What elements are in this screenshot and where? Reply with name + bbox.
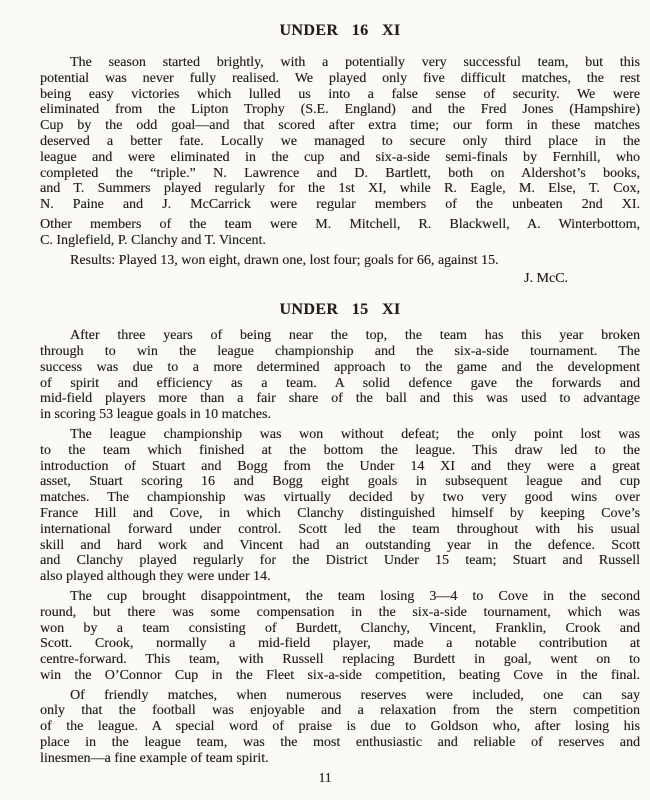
text-line: won by a team consisting of Burdett, Cla…: [40, 621, 640, 637]
scanned-page: UNDER 16 XIThe season started brightly, …: [0, 0, 650, 800]
section-heading: UNDER 16 XI: [40, 22, 640, 39]
text-line: Scott. Crook, normally a mid-field playe…: [40, 636, 640, 652]
text-line: place in the league team, was the most e…: [40, 735, 640, 751]
text-line: France Hill and Cove, in which Clanchy d…: [40, 506, 640, 522]
text-line: Cup by the odd goal—and that scored afte…: [40, 118, 640, 134]
text-line: completed the “triple.” N. Lawrence and …: [40, 166, 640, 182]
text-line: The league championship was won without …: [40, 427, 640, 443]
results-line: Results: Played 13, won eight, drawn one…: [40, 253, 640, 269]
page-number: 11: [0, 770, 650, 786]
paragraph: Of friendly matches, when numerous reser…: [40, 688, 640, 767]
text-line: eliminated from the Lipton Trophy (S.E. …: [40, 102, 640, 118]
text-line: C. Inglefield, P. Clanchy and T. Vincent…: [40, 233, 640, 249]
text-line: and T. Summers played regularly for the …: [40, 181, 640, 197]
text-line: Results: Played 13, won eight, drawn one…: [40, 253, 640, 269]
text-line: Of friendly matches, when numerous reser…: [40, 688, 640, 704]
text-line: being easy victories which lulled us int…: [40, 87, 640, 103]
paragraph: Other members of the team were M. Mitche…: [40, 217, 640, 249]
text-line: to the team which finished at the bottom…: [40, 443, 640, 459]
text-line: success was due to a more determined app…: [40, 360, 640, 376]
text-line: league and were eliminated in the cup an…: [40, 150, 640, 166]
text-line: international forward under control. Sco…: [40, 522, 640, 538]
text-line: of the league. A special word of praise …: [40, 719, 640, 735]
text-line: potential was never fully realised. We p…: [40, 71, 640, 87]
paragraph: After three years of being near the top,…: [40, 328, 640, 423]
text-line: matches. The championship was virtually …: [40, 490, 640, 506]
text-line: linesmen—a fine example of team spirit.: [40, 751, 640, 767]
paragraph: The cup brought disappointment, the team…: [40, 589, 640, 684]
author-signature: J. McC.: [40, 271, 640, 287]
text-line: N. Paine and J. McCarrick were regular m…: [40, 197, 640, 213]
text-line: round, but there was some compensation i…: [40, 605, 640, 621]
text-line: After three years of being near the top,…: [40, 328, 640, 344]
text-line: only that the football was enjoyable and…: [40, 703, 640, 719]
text-line: deserved a better fate. Locally we manag…: [40, 134, 640, 150]
text-line: of spirit and efficiency as a team. A so…: [40, 376, 640, 392]
text-line: through to win the league championship a…: [40, 344, 640, 360]
page-content: UNDER 16 XIThe season started brightly, …: [40, 22, 640, 767]
text-line: asset, Stuart scoring 16 and Bogg eight …: [40, 474, 640, 490]
text-line: Other members of the team were M. Mitche…: [40, 217, 640, 233]
text-line: introduction of Stuart and Bogg from the…: [40, 459, 640, 475]
text-line: also played although they were under 14.: [40, 569, 640, 585]
text-line: skill and hard work and Vincent had an o…: [40, 538, 640, 554]
text-line: centre-forward. This team, with Russell …: [40, 652, 640, 668]
text-line: and Clanchy played regularly for the Dis…: [40, 553, 640, 569]
text-line: The season started brightly, with a pote…: [40, 55, 640, 71]
text-line: in scoring 53 league goals in 10 matches…: [40, 407, 640, 423]
section-heading: UNDER 15 XI: [40, 301, 640, 318]
text-line: mid-field players more than a fair share…: [40, 391, 640, 407]
text-line: win the O’Connor Cup in the Fleet six-a-…: [40, 668, 640, 684]
paragraph: The season started brightly, with a pote…: [40, 55, 640, 213]
paragraph: The league championship was won without …: [40, 427, 640, 585]
text-line: The cup brought disappointment, the team…: [40, 589, 640, 605]
